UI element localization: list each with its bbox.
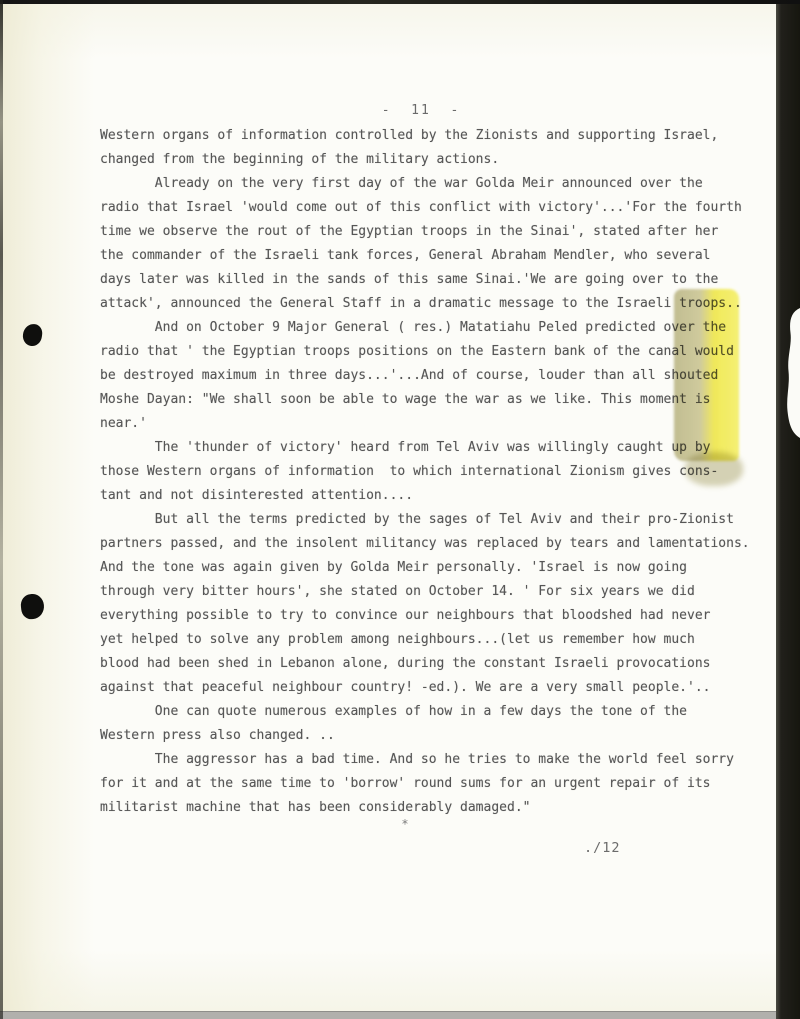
text-line: yet helped to solve any problem among ne… (100, 628, 780, 652)
text-line: changed from the beginning of the milita… (100, 148, 780, 172)
scan-edge-notch (776, 305, 800, 445)
text-line: Western press also changed. .. (100, 724, 780, 748)
text-line: through very bitter hours', she stated o… (100, 580, 780, 604)
text-line: against that peaceful neighbour country!… (100, 676, 780, 700)
text-line: The aggressor has a bad time. And so he … (100, 748, 780, 772)
text-line: partners passed, and the insolent milita… (100, 532, 780, 556)
text-line: But all the terms predicted by the sages… (100, 508, 780, 532)
text-line: days later was killed in the sands of th… (100, 268, 780, 292)
continuation-number: ./12 (584, 840, 621, 856)
text-line: for it and at the same time to 'borrow' … (100, 772, 780, 796)
scanned-page: - 11 - Western organs of information con… (0, 0, 800, 1019)
scan-edge-bottom (0, 1011, 800, 1019)
scan-edge-top (0, 0, 800, 4)
text-line: And the tone was again given by Golda Me… (100, 556, 780, 580)
text-line: Western organs of information controlled… (100, 124, 780, 148)
highlighter-smudge (685, 452, 743, 486)
text-line: the commander of the Israeli tank forces… (100, 244, 780, 268)
hole-punch-bottom (20, 593, 45, 620)
text-line: One can quote numerous examples of how i… (100, 700, 780, 724)
scan-edge-right (776, 0, 800, 1019)
highlighter-mark (674, 289, 739, 461)
text-line: time we observe the rout of the Egyptian… (100, 220, 780, 244)
hole-punch-top (22, 323, 44, 347)
text-line: blood had been shed in Lebanon alone, du… (100, 652, 780, 676)
scan-edge-left (0, 0, 3, 1019)
document-body: Western organs of information controlled… (100, 124, 780, 820)
page-number: - 11 - (100, 101, 742, 121)
text-line: radio that Israel 'would come out of thi… (100, 196, 780, 220)
text-line: tant and not disinterested attention.... (100, 484, 780, 508)
text-line: those Western organs of information to w… (100, 460, 780, 484)
footnote-mark: * (100, 817, 710, 831)
text-line: everything possible to try to convince o… (100, 604, 780, 628)
text-line: Already on the very first day of the war… (100, 172, 780, 196)
